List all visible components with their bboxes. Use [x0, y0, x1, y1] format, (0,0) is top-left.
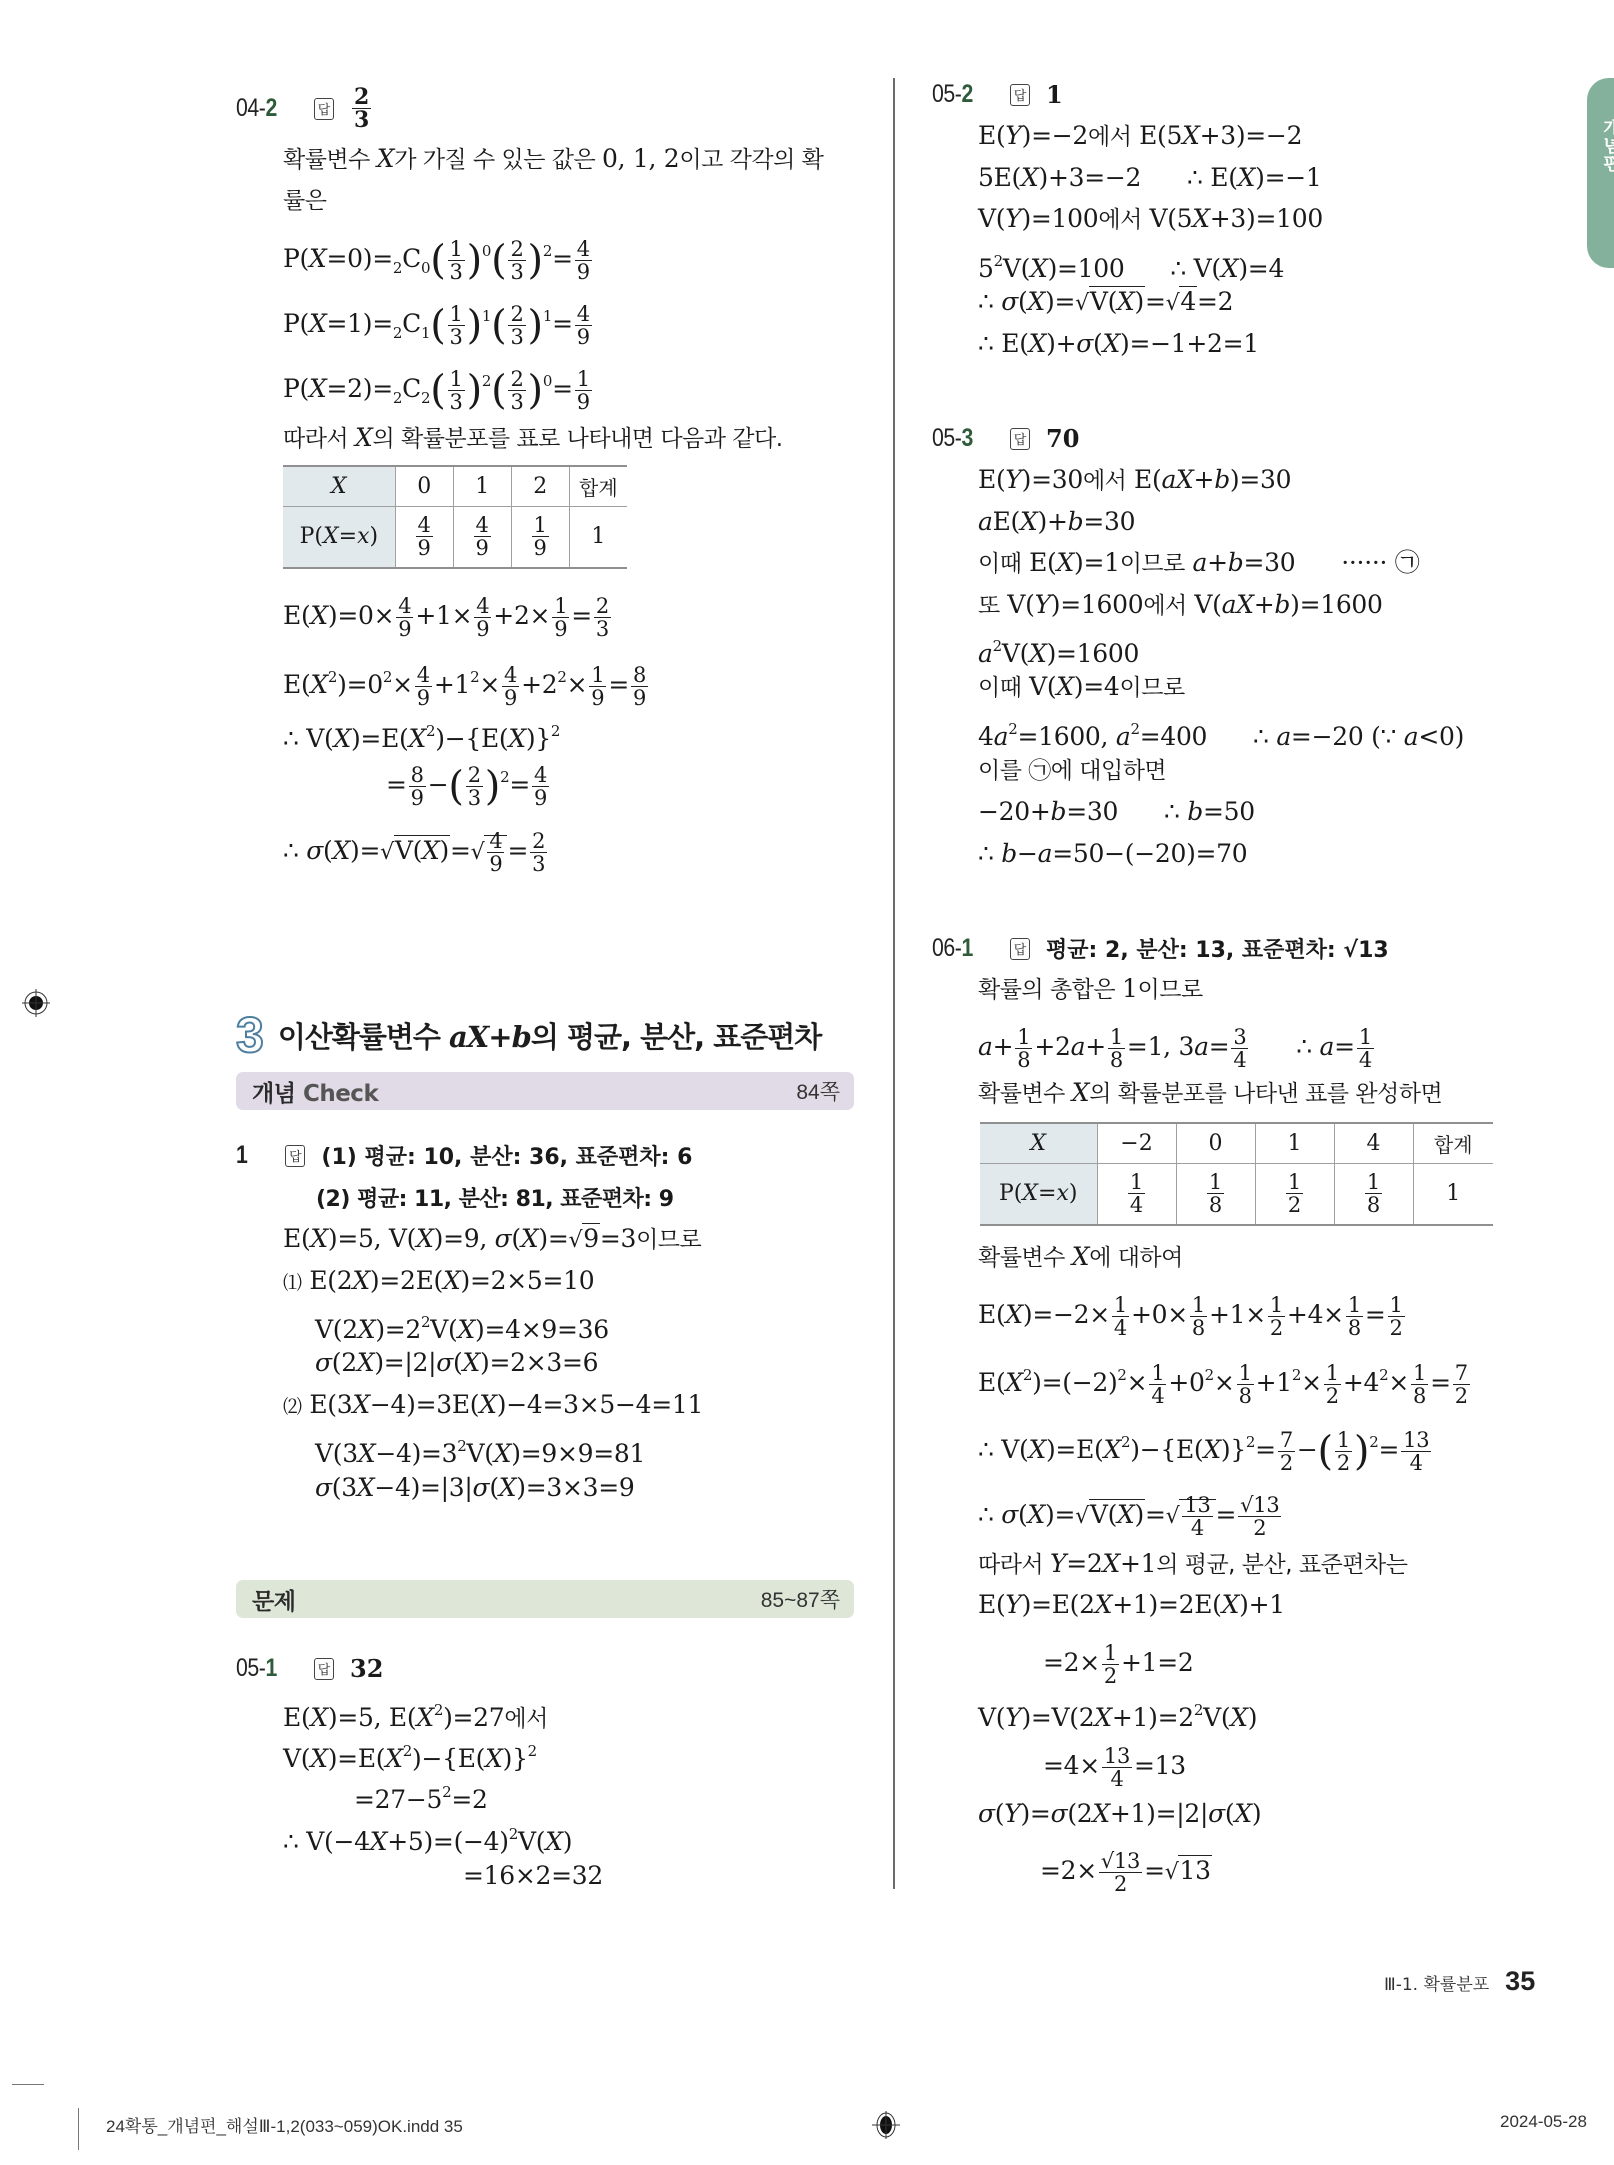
math-line: E(Y)=−2에서 E(5X+3)=−2: [978, 121, 1302, 152]
table-cell: X: [283, 466, 395, 506]
math-line: ∴ b−a=50−(−20)=70: [978, 839, 1247, 869]
table-cell: 4: [1334, 1123, 1413, 1163]
math-line: V(2X)=22V(X)=4×9=36: [315, 1307, 609, 1345]
table-cell: 합계: [569, 466, 627, 506]
section-heading: 3 이산확률변수 aX+b의 평균, 분산, 표준편차: [236, 1010, 821, 1060]
problem-number: 05-1: [236, 1654, 277, 1683]
answer-value: 70: [1046, 424, 1079, 453]
text-line: 확률변수 X가 가질 수 있는 값은 0, 1, 2이고 각각의 확: [283, 144, 823, 175]
side-tab-label: 개념편: [1597, 118, 1614, 172]
distribution-table: X 0 1 2 합계 P(X=x) 49 49 19 1: [283, 465, 627, 569]
math-line: =4×134=13: [1043, 1745, 1186, 1790]
problem-number: 05-2: [932, 80, 973, 109]
math-line: 이를 ㉠에 대입하면: [978, 755, 1166, 786]
table-row: X −2 0 1 4 합계: [980, 1123, 1493, 1163]
problem-number: 05-3: [932, 424, 973, 453]
math-line: 4a2=1600, a2=400 ∴ a=−20 (∵ a<0): [978, 714, 1464, 752]
slug-date: 2024-05-28: [1500, 2112, 1587, 2132]
math-line-ex2: E(X2)=02×49+12×49+22×19=89: [283, 662, 650, 709]
math-line: V(Y)=V(2X+1)=22V(X): [978, 1695, 1257, 1733]
text-line: 확률변수 X에 대하여: [978, 1242, 1183, 1273]
table-cell: X: [980, 1123, 1097, 1163]
answer-badge: 답: [285, 1145, 305, 1167]
table-cell: 1: [569, 506, 627, 568]
math-line-vx: ∴ V(X)=E(X2)−{E(X)}2: [283, 716, 560, 754]
table-cell: 18: [1334, 1163, 1413, 1225]
page-number: 35: [1505, 1966, 1535, 1997]
answer-value: 평균: 2, 분산: 13, 표준편차: √13: [1046, 933, 1389, 964]
answer-value: 32: [350, 1654, 383, 1683]
table-cell: 1: [453, 466, 511, 506]
table-row: P(X=x) 14 18 12 18 1: [980, 1163, 1493, 1225]
answer-badge: 답: [1010, 938, 1030, 960]
side-tab: 개념편: [1587, 78, 1614, 268]
table-cell: 49: [453, 506, 511, 568]
math-line-p0: P(X=0)=2C0(13)0(23)2=49: [283, 236, 594, 283]
table-cell: −2: [1097, 1123, 1176, 1163]
band-label: 문제: [252, 1583, 295, 1616]
concept-check-band: 개념 Check 84쪽: [236, 1072, 854, 1110]
math-line: E(X)=5, E(X2)=27에서: [283, 1695, 548, 1734]
math-line: ⑴ E(2X)=2E(X)=2×5=10: [283, 1266, 594, 1298]
math-line: 5E(X)+3=−2 ∴ E(X)=−1: [978, 163, 1322, 193]
math-line: ∴ V(−4X+5)=(−4)2V(X): [283, 1819, 572, 1857]
problem-number: 04-2: [236, 94, 277, 123]
answer-badge: 답: [1010, 428, 1030, 450]
slug-filename: 24확통_개념편_해설Ⅲ-1,2(033~059)OK.indd 35: [106, 2112, 463, 2137]
math-line: σ(3X−4)=|3|σ(X)=3×3=9: [315, 1473, 635, 1503]
math-line: V(Y)=100에서 V(5X+3)=100: [978, 204, 1323, 235]
crop-mark: [12, 2084, 44, 2085]
text-line: 따라서 Y=2X+1의 평균, 분산, 표준편차는: [978, 1549, 1407, 1580]
text-line: 확률변수 X의 확률분포를 나타낸 표를 완성하면: [978, 1078, 1442, 1109]
table-row: P(X=x) 49 49 19 1: [283, 506, 627, 568]
registration-mark-icon: [871, 2110, 901, 2140]
math-line: ∴ E(X)+σ(X)=−1+2=1: [978, 329, 1259, 359]
math-line: a2V(X)=1600: [978, 631, 1139, 669]
math-line: E(Y)=E(2X+1)=2E(X)+1: [978, 1590, 1285, 1620]
text-line: 따라서 X의 확률분포를 표로 나타내면 다음과 같다.: [283, 423, 783, 454]
table-cell: P(X=x): [283, 506, 395, 568]
table-cell: 1: [1255, 1123, 1334, 1163]
math-line: =2×√132=√13: [1040, 1850, 1212, 1895]
math-line-vx2: =89−(23)2=49: [386, 762, 551, 809]
table-cell: 12: [1255, 1163, 1334, 1225]
band-page-ref: 85~87쪽: [761, 1584, 840, 1614]
math-line: 또 V(Y)=1600에서 V(aX+b)=1600: [978, 590, 1383, 621]
math-line: a+18+2a+18=1, 3a=34 ∴ a=14: [978, 1026, 1376, 1071]
math-line: ∴ V(X)=E(X2)−{E(X)}2=72−(12)2=134: [978, 1427, 1433, 1474]
problem-header: 05-1 답 32: [236, 1654, 383, 1683]
section-number: 3: [236, 1010, 264, 1060]
distribution-table: X −2 0 1 4 합계 P(X=x) 14 18 12 18 1: [980, 1122, 1493, 1226]
math-line: 확률의 총합은 1이므로: [978, 974, 1203, 1005]
table-cell: 18: [1176, 1163, 1255, 1225]
table-cell: 19: [511, 506, 569, 568]
answer-value: (1) 평균: 10, 분산: 36, 표준편차: 6: [321, 1140, 692, 1171]
registration-mark-icon: [21, 988, 51, 1018]
table-cell: 1: [1413, 1163, 1493, 1225]
math-line: E(Y)=30에서 E(aX+b)=30: [978, 465, 1291, 496]
band-label: 개념 Check: [252, 1075, 378, 1108]
math-line: V(X)=E(X2)−{E(X)}2: [283, 1736, 537, 1774]
table-cell: 2: [511, 466, 569, 506]
answer-badge: 답: [1010, 84, 1030, 106]
slug-divider: [78, 2108, 79, 2150]
table-cell: 0: [395, 466, 453, 506]
chapter-label: Ⅲ-1. 확률분포: [1384, 1970, 1489, 1995]
table-row: X 0 1 2 합계: [283, 466, 627, 506]
band-page-ref: 84쪽: [796, 1076, 840, 1106]
table-cell: 14: [1097, 1163, 1176, 1225]
math-line: 이때 V(X)=4이므로: [978, 672, 1185, 703]
math-line-ex: E(X)=0×49+1×49+2×19=23: [283, 595, 613, 640]
problem-band: 문제 85~87쪽: [236, 1580, 854, 1618]
table-cell: 합계: [1413, 1123, 1493, 1163]
math-line-sigma: ∴ σ(X)=√V(X)=√49=23: [283, 830, 549, 875]
math-line: σ(2X)=|2|σ(X)=2×3=6: [315, 1348, 598, 1378]
math-line: ⑵ E(3X−4)=3E(X)−4=3×5−4=11: [283, 1390, 703, 1422]
math-line: −20+b=30 ∴ b=50: [978, 797, 1255, 827]
math-line: E(X)=5, V(X)=9, σ(X)=√9=3이므로: [283, 1224, 701, 1256]
math-line: E(X2)=(−2)2×14+02×18+12×12+42×18=72: [978, 1360, 1472, 1407]
table-cell: P(X=x): [980, 1163, 1097, 1225]
math-line-p1: P(X=1)=2C1(13)1(23)1=49: [283, 301, 594, 348]
problem-header: 06-1 답 평균: 2, 분산: 13, 표준편차: √13: [932, 933, 1389, 964]
math-line: aE(X)+b=30: [978, 507, 1135, 537]
text-line: 률은: [283, 185, 326, 216]
math-line: σ(Y)=σ(2X+1)=|2|σ(X): [978, 1799, 1261, 1829]
answer-value: 1: [1046, 80, 1063, 109]
answer-badge: 답: [314, 98, 334, 120]
math-line: 52V(X)=100 ∴ V(X)=4: [978, 246, 1284, 284]
problem-number: 1: [236, 1141, 247, 1170]
problem-header: 05-2 답 1: [932, 80, 1063, 109]
table-cell: 49: [395, 506, 453, 568]
column-divider: [893, 78, 895, 1889]
math-line: ∴ σ(X)=√V(X)=√134=√132: [978, 1494, 1283, 1539]
problem-header: 04-2 답 23: [236, 86, 373, 131]
math-line: E(X)=−2×14+0×18+1×12+4×18=12: [978, 1294, 1407, 1339]
math-line: =16×2=32: [463, 1861, 603, 1891]
math-line: V(3X−4)=32V(X)=9×9=81: [315, 1431, 645, 1469]
table-cell: 0: [1176, 1123, 1255, 1163]
problem-header: 1 답 (1) 평균: 10, 분산: 36, 표준편차: 6: [236, 1140, 692, 1171]
answer-badge: 답: [314, 1658, 334, 1680]
page-footer: Ⅲ-1. 확률분포 35: [1384, 1966, 1535, 1997]
math-line: 이때 E(X)=1이므로 a+b=30 ······ ㉠: [978, 548, 1419, 579]
problem-header: 05-3 답 70: [932, 424, 1079, 453]
math-line: =2×12+1=2: [1043, 1642, 1193, 1687]
math-line: ∴ σ(X)=√V(X)=√4=2: [978, 287, 1233, 319]
section-title: 이산확률변수 aX+b의 평균, 분산, 표준편차: [278, 1015, 822, 1056]
math-line: =27−52=2: [354, 1777, 488, 1815]
math-line-p2: P(X=2)=2C2(13)2(23)0=19: [283, 366, 594, 413]
answer-value: 23: [352, 86, 371, 131]
problem-number: 06-1: [932, 934, 973, 963]
answer-value-2: (2) 평균: 11, 분산: 81, 표준편차: 9: [316, 1183, 674, 1215]
